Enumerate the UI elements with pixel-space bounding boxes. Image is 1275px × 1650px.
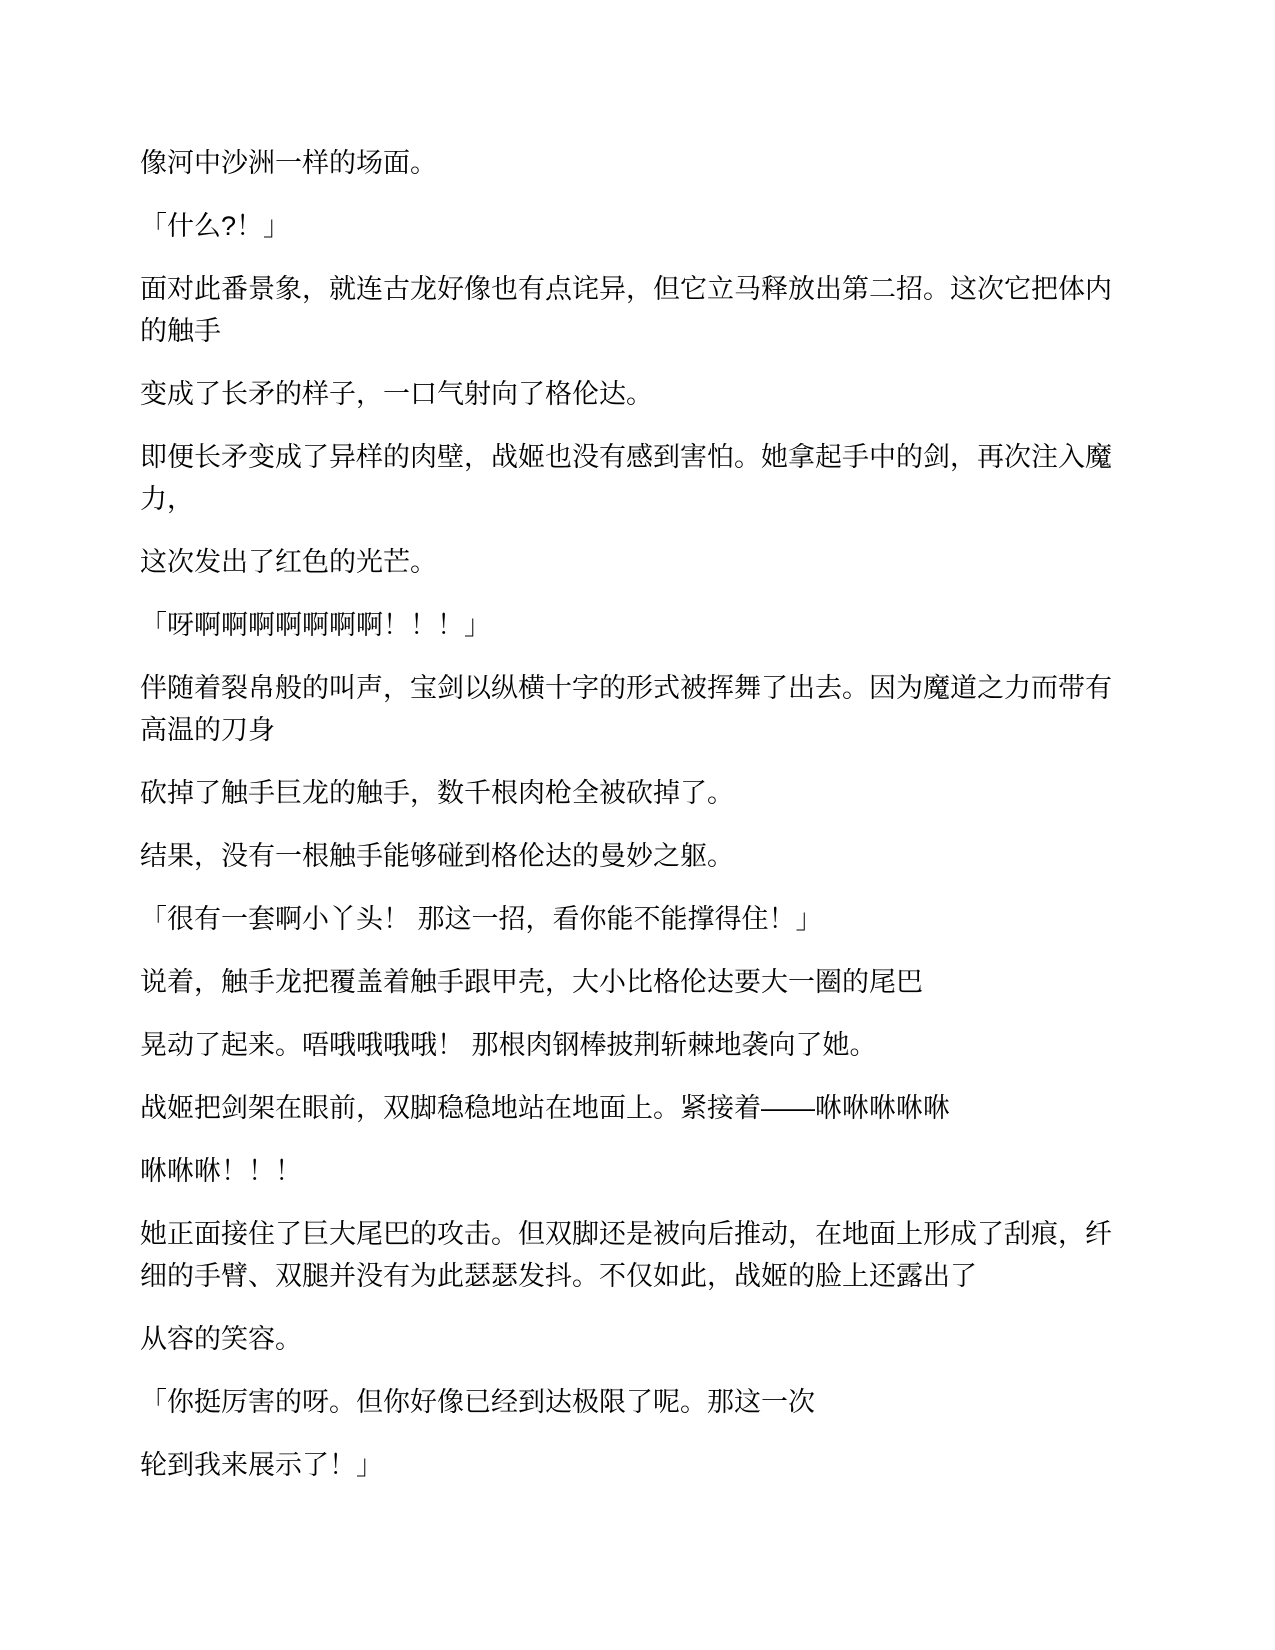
paragraph: 说着，触手龙把覆盖着触手跟甲壳，大小比格伦达要大一圈的尾巴 [140,961,1125,1003]
paragraph: 面对此番景象，就连古龙好像也有点诧异，但它立马释放出第二招。这次它把体内 的触手 [140,268,1125,352]
paragraph: 「呀啊啊啊啊啊啊啊！！！」 [140,604,1125,646]
paragraph: 即便长矛变成了异样的肉壁，战姬也没有感到害怕。她拿起手中的剑，再次注入魔 力， [140,436,1125,520]
paragraph: 战姬把剑架在眼前，双脚稳稳地站在地面上。紧接着——咻咻咻咻咻 [140,1087,1125,1129]
paragraph: 这次发出了红色的光芒。 [140,541,1125,583]
paragraph: 伴随着裂帛般的叫声，宝剑以纵横十字的形式被挥舞了出去。因为魔道之力而带有 高温的… [140,667,1125,751]
paragraph: 「很有一套啊小丫头！ 那这一招，看你能不能撑得住！」 [140,898,1125,940]
paragraph: 「什么?！」 [140,205,1125,247]
paragraph: 晃动了起来。唔哦哦哦哦！ 那根肉钢棒披荆斩棘地袭向了她。 [140,1024,1125,1066]
paragraph: 砍掉了触手巨龙的触手，数千根肉枪全被砍掉了。 [140,772,1125,814]
paragraph: 像河中沙洲一样的场面。 [140,142,1125,184]
paragraph: 从容的笑容。 [140,1318,1125,1360]
paragraph: 轮到我来展示了！」 [140,1444,1125,1486]
paragraph: 她正面接住了巨大尾巴的攻击。但双脚还是被向后推动，在地面上形成了刮痕，纤 细的手… [140,1213,1125,1297]
paragraph: 咻咻咻！！！ [140,1150,1125,1192]
paragraph: 变成了长矛的样子，一口气射向了格伦达。 [140,373,1125,415]
paragraph: 结果，没有一根触手能够碰到格伦达的曼妙之躯。 [140,835,1125,877]
document-body: 像河中沙洲一样的场面。「什么?！」面对此番景象，就连古龙好像也有点诧异，但它立马… [140,142,1125,1486]
document-page: 像河中沙洲一样的场面。「什么?！」面对此番景象，就连古龙好像也有点诧异，但它立马… [0,0,1275,1650]
paragraph: 「你挺厉害的呀。但你好像已经到达极限了呢。那这一次 [140,1381,1125,1423]
